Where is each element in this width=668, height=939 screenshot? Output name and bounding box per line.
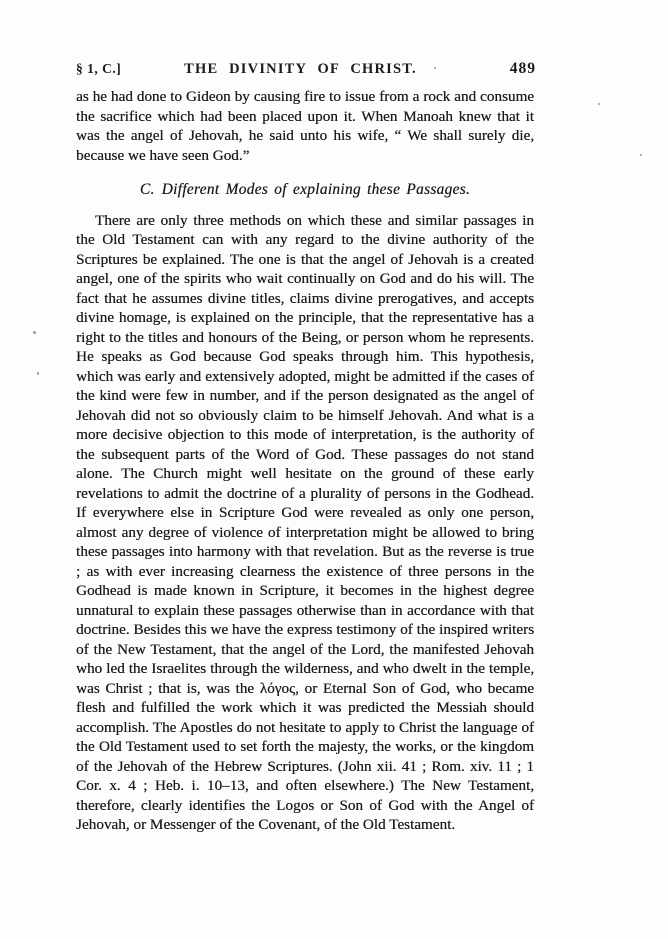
book-page-scan: § 1, C.] THE DIVINITY OF CHRIST. 489 as …: [0, 0, 668, 939]
scan-speck: [33, 331, 36, 334]
paragraph-continuation: as he had done to Gideon by causing fire…: [76, 87, 534, 165]
scan-speck: [37, 372, 39, 375]
section-heading: C.Different Modes of explaining these Pa…: [76, 180, 534, 200]
scan-speck: [434, 67, 436, 69]
scan-speck: [598, 103, 600, 105]
running-header: § 1, C.] THE DIVINITY OF CHRIST. 489: [76, 60, 536, 78]
section-heading-prefix: C.: [140, 181, 155, 198]
section-marker: § 1, C.]: [76, 61, 121, 77]
scan-speck: [640, 154, 642, 156]
page-number: 489: [510, 60, 536, 78]
running-title: THE DIVINITY OF CHRIST.: [121, 61, 510, 78]
paragraph-main: There are only three methods on which th…: [76, 211, 534, 835]
text-column: as he had done to Gideon by causing fire…: [76, 87, 534, 835]
section-heading-title: Different Modes of explaining these Pass…: [162, 181, 470, 198]
